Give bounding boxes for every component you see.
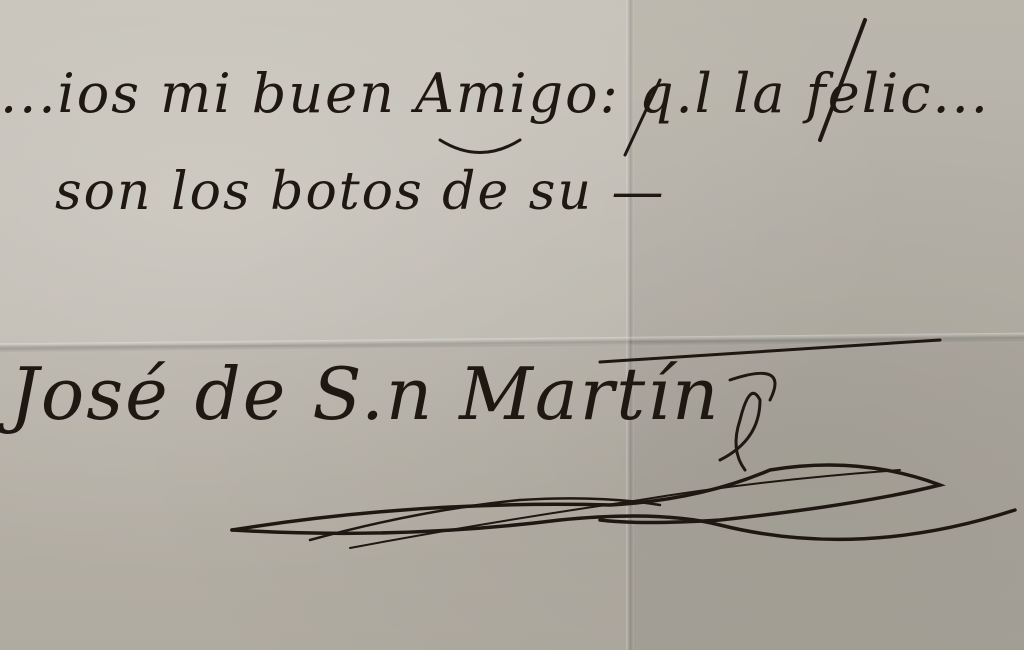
letter-paper: ...ios mi buen Amigo: q.l la felic... so… xyxy=(0,0,1024,650)
signature-flourish xyxy=(0,0,1024,650)
